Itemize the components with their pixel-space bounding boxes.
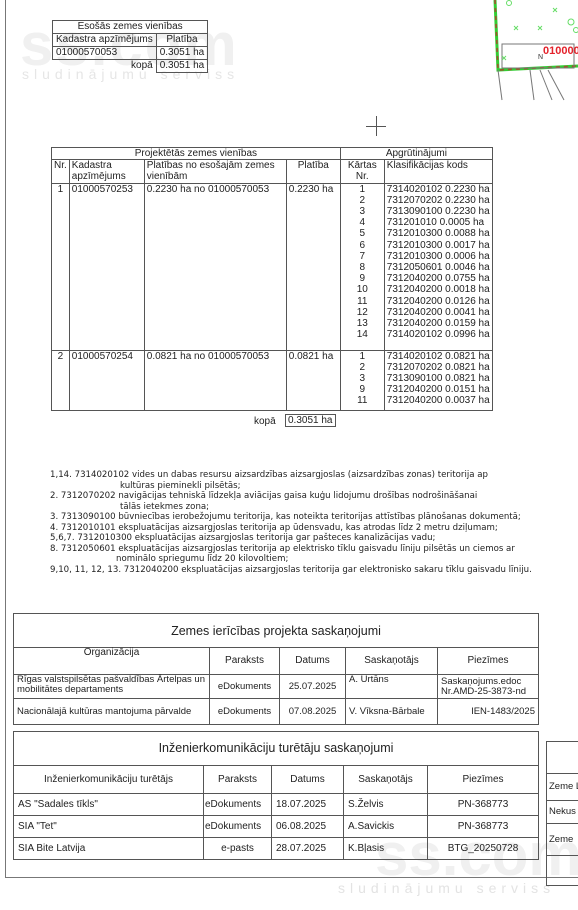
cell-date: 18.07.2025 (272, 794, 344, 816)
list-item: 13 (343, 318, 382, 329)
header-nr: Nr. (52, 160, 70, 183)
header-class-code: Klasifikācijas kods (384, 160, 492, 183)
header-holder: Inženierkomunikāciju turētājs (14, 766, 204, 794)
list-item: 7313090100 0.0821 ha (387, 373, 490, 384)
list-item: 731201010 0.0005 ha (387, 217, 490, 228)
crosshair-icon-vertical (376, 116, 377, 136)
cell-holder: SIA "Tet" (14, 816, 204, 838)
cell-notes: PN-368773 (428, 816, 539, 838)
projected-total-value: 0.3051 ha (285, 414, 336, 427)
cell-date: 25.07.2025 (280, 675, 346, 699)
watermark-bottom-subtitle: sludinājumu serviss (338, 880, 555, 896)
list-item: 3 (343, 206, 382, 217)
row-code-list: 7314020102 0.2230 ha7312070202 0.2230 ha… (384, 183, 492, 350)
cell-approver: A. Urtāns (346, 675, 438, 699)
list-item: 6 (343, 240, 382, 251)
list-item: 7312040200 0.0755 ha (387, 273, 490, 284)
list-item: 11 (343, 296, 382, 307)
row-cadastre: 01000570253 (69, 183, 144, 350)
cell-notes: Saskaņojums.edoc Nr.AMD-25-3873-nd (438, 675, 539, 699)
header-date: Datums (280, 648, 346, 675)
header-notes: Piezīmes (438, 648, 539, 675)
note-line: 9,10, 11, 12, 13. 7312040200 ekspluatāci… (50, 565, 570, 576)
list-item: 7312040200 0.0041 ha (387, 307, 490, 318)
existing-parcels-table: Esošās zemes vienības Kadastra apzīmējum… (52, 20, 208, 73)
encumbrance-title: Apgrūtinājumi (340, 148, 492, 160)
row-order-list: 1234567891011121314 (340, 183, 384, 350)
header-approver: Saskaņotājs (346, 648, 438, 675)
map-parcel-label: 0100005 (543, 45, 578, 57)
list-item: 7 (343, 251, 382, 262)
note-line-cont: nominālo spriegumu līdz 20 kilovoltiem; (50, 554, 570, 565)
note-line: 3. 7313090100 būvniecības ierobežojumu t… (50, 512, 570, 523)
list-item: 10 (343, 284, 382, 295)
cell-approver: A.Savickis (344, 816, 428, 838)
list-item: 7312010300 0.0017 ha (387, 240, 490, 251)
list-item: 7313090100 0.2230 ha (387, 206, 490, 217)
existing-title: Esošās zemes vienības (53, 21, 208, 34)
note-line: 2. 7312070202 navigācijas tehniskā līdze… (50, 491, 570, 502)
header-cadastre: Kadastra apzīmējums (69, 160, 144, 183)
existing-total-label: kopā (53, 60, 157, 73)
list-item: 7312010300 0.0006 ha (387, 251, 490, 262)
row-from-existing: 0.2230 ha no 01000570053 (144, 183, 286, 350)
table-row: SIA Bite Latvija e-pasts 28.07.2025 K.Bļ… (14, 838, 539, 860)
land-agreements-title: Zemes ierīcības projekta saskaņojumi (14, 614, 539, 648)
list-item: 7312040200 0.0151 ha (387, 384, 490, 395)
table-row: AS "Sadales tīkls" eDokuments 18.07.2025… (14, 794, 539, 816)
cell-signature: eDokuments (204, 816, 272, 838)
list-item: 2 (343, 195, 382, 206)
note-line-cont: kultūras pieminekli pilsētās; (50, 481, 570, 492)
table-row: Rīgas valstspilsētas pašvaldības Ārtelpa… (14, 675, 539, 699)
cell-notes: IEN-1483/2025 (438, 699, 539, 725)
header-date: Datums (272, 766, 344, 794)
list-item: 3 (343, 373, 382, 384)
side-table-cropped: Zeme LKS-9 Nekus Zeme (546, 741, 578, 886)
header-area: Platība (286, 160, 340, 183)
cell-date: 28.07.2025 (272, 838, 344, 860)
list-item: 12 (343, 307, 382, 318)
existing-header-area: Platība (156, 34, 208, 47)
cell-signature: e-pasts (204, 838, 272, 860)
row-nr: 1 (52, 183, 70, 350)
cell-signature: eDokuments (210, 675, 280, 699)
row-from-existing: 0.0821 ha no 01000570053 (144, 350, 286, 410)
row-cadastre: 01000570254 (69, 350, 144, 410)
cell-approver: V. Vīksna-Bārbale (346, 699, 438, 725)
list-item: 7312070202 0.2230 ha (387, 195, 490, 206)
list-item: 8 (343, 262, 382, 273)
list-item: 9 (343, 273, 382, 284)
header-signature: Paraksts (204, 766, 272, 794)
table-row: SIA "Tet" eDokuments 06.08.2025 A.Savick… (14, 816, 539, 838)
list-item: 7312010300 0.0088 ha (387, 228, 490, 239)
existing-header-cadastre: Kadastra apzīmējums (53, 34, 157, 47)
side-cell: Nekus (547, 801, 578, 824)
utility-agreements-table: Inženierkomunikāciju turētāju saskaņojum… (13, 731, 539, 860)
cell-date: 07.08.2025 (280, 699, 346, 725)
list-item: 7312070202 0.0821 ha (387, 362, 490, 373)
projected-parcels-table: Projektētās zemes vienības Apgrūtinājumi… (51, 147, 493, 411)
side-cell: Zeme LKS-9 (547, 774, 578, 801)
projected-total-label: kopā (254, 416, 276, 427)
list-item: 7312040200 0.0159 ha (387, 318, 490, 329)
list-item: 9 (343, 384, 382, 395)
side-cell: Zeme (547, 824, 578, 856)
cell-date: 06.08.2025 (272, 816, 344, 838)
existing-area: 0.3051 ha (156, 47, 208, 60)
header-approver: Saskaņotājs (344, 766, 428, 794)
row-nr: 2 (52, 350, 70, 410)
cell-approver: K.Bļasis (344, 838, 428, 860)
note-line: 8. 7312050601 ekspluatācijas aizsargjosl… (50, 544, 570, 555)
existing-total-value: 0.3051 ha (156, 60, 208, 73)
table-row: 1 01000570253 0.2230 ha no 01000570053 0… (52, 183, 493, 350)
cell-notes: BTG_20250728 (428, 838, 539, 860)
note-line: 1,14. 7314020102 vides un dabas resursu … (50, 470, 570, 481)
cell-holder: AS "Sadales tīkls" (14, 794, 204, 816)
row-area: 0.0821 ha (286, 350, 340, 410)
list-item: 1 (343, 351, 382, 362)
utility-agreements-title: Inženierkomunikāciju turētāju saskaņojum… (14, 732, 539, 766)
cell-approver: S.Želvis (344, 794, 428, 816)
note-line-cont: tālās ietekmes zona; (50, 502, 570, 513)
table-row: 01000570053 0.3051 ha (53, 47, 208, 60)
land-agreements-table: Zemes ierīcības projekta saskaņojumi Org… (13, 613, 539, 725)
list-item: 1 (343, 184, 382, 195)
list-item: 11 (343, 395, 382, 406)
note-line: 4. 7312010101 ekspluatācijas aizsargjosl… (50, 523, 570, 534)
list-item: 2 (343, 362, 382, 373)
cell-org: Nacionālajā kultūras mantojuma pārvalde (14, 699, 210, 725)
cell-holder: SIA Bite Latvija (14, 838, 204, 860)
header-notes: Piezīmes (428, 766, 539, 794)
header-signature: Paraksts (210, 648, 280, 675)
cell-org: Rīgas valstspilsētas pašvaldības Ārtelpa… (14, 675, 210, 699)
list-item: 7312050601 0.0046 ha (387, 262, 490, 273)
list-item: 7312040200 0.0126 ha (387, 296, 490, 307)
table-row: 2 01000570254 0.0821 ha no 01000570053 0… (52, 350, 493, 410)
projected-title: Projektētās zemes vienības (52, 148, 341, 160)
list-item: 7314020102 0.0821 ha (387, 351, 490, 362)
table-row: Nacionālajā kultūras mantojuma pārvalde … (14, 699, 539, 725)
list-item: 5 (343, 228, 382, 239)
header-order: Kārtas Nr. (340, 160, 384, 183)
list-item: 7314020102 0.0996 ha (387, 329, 490, 340)
list-item: 4 (343, 217, 382, 228)
list-item: 7312040200 0.0018 ha (387, 284, 490, 295)
cell-signature: eDokuments (210, 699, 280, 725)
list-item: 7314020102 0.2230 ha (387, 184, 490, 195)
list-item: 7312040200 0.0037 ha (387, 395, 490, 406)
parcel-boundary (495, 0, 578, 70)
cell-notes: PN-368773 (428, 794, 539, 816)
row-area: 0.2230 ha (286, 183, 340, 350)
note-line: 5,6,7. 7312010300 ekspluatācijas aizsarg… (50, 533, 570, 544)
encumbrance-notes: 1,14. 7314020102 vides un dabas resursu … (50, 470, 570, 575)
page-frame-left (5, 0, 6, 878)
header-organization: Organizācija (14, 648, 210, 675)
row-order-list: 123911 (340, 350, 384, 410)
cell-signature: eDokuments (204, 794, 272, 816)
row-code-list: 7314020102 0.0821 ha7312070202 0.0821 ha… (384, 350, 492, 410)
list-item: 14 (343, 329, 382, 340)
header-from-existing: Platības no esošajām zemes vienībām (144, 160, 286, 183)
existing-cadastre: 01000570053 (53, 47, 157, 60)
